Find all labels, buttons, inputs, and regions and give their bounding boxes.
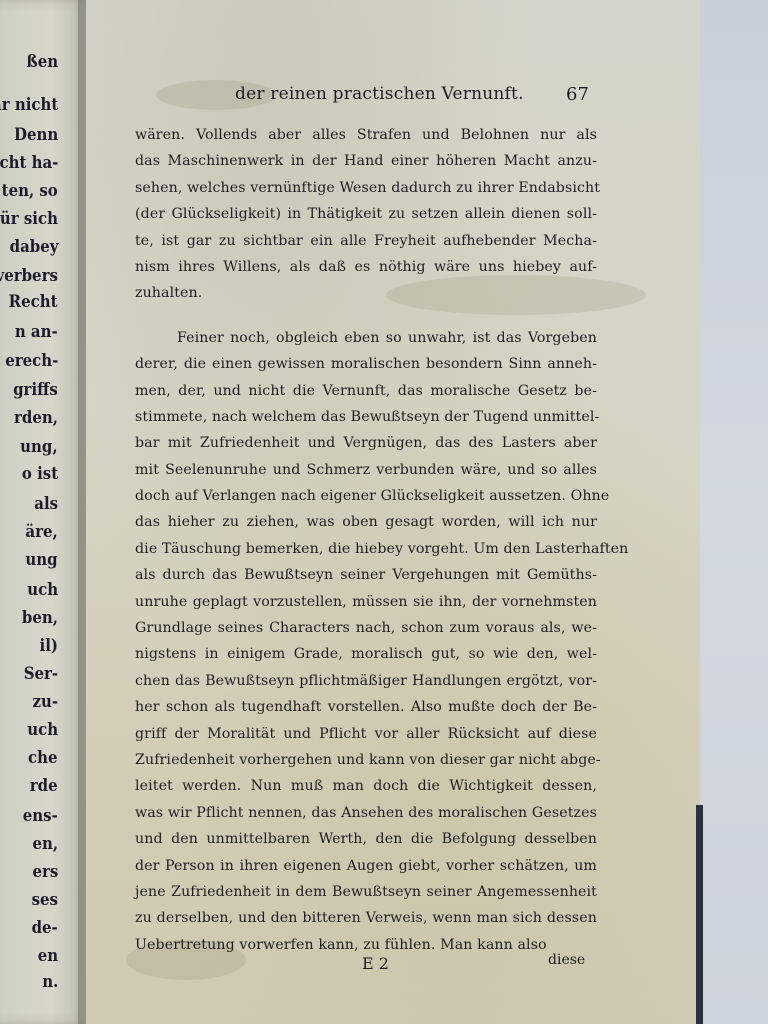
left-page-line-fragment: n. xyxy=(42,972,58,992)
left-page-line-fragment: griffs xyxy=(13,380,58,400)
text-line: unruhe geplagt vorzustellen, müssen sie … xyxy=(135,589,597,615)
catchword: diese xyxy=(548,952,585,968)
left-page-line-fragment: de- xyxy=(32,918,58,938)
text-line: jene Zufriedenheit in dem Bewußtseyn sei… xyxy=(135,879,597,905)
left-page-line-fragment: en, xyxy=(32,834,58,854)
text-line: Grundlage seines Characters nach, schon … xyxy=(135,615,597,641)
text-line: te, ist gar zu sichtbar ein alle Freyhei… xyxy=(135,228,597,254)
text-line: mit Seelenunruhe und Schmerz verbunden w… xyxy=(135,457,597,483)
left-page-line-fragment: uch xyxy=(27,580,58,600)
left-page-line-fragment: uch xyxy=(27,720,58,740)
text-line: derer, die einen gewissen moralischen be… xyxy=(135,351,597,377)
left-page-line-fragment: ten, so xyxy=(2,181,58,201)
left-page-line-fragment: o ist xyxy=(22,464,58,484)
page-body: wären. Vollends aber alles Strafen und B… xyxy=(135,122,597,958)
text-line: was wir Pflicht nennen, das Ansehen des … xyxy=(135,800,597,826)
text-line: das hieher zu ziehen, was oben gesagt wo… xyxy=(135,509,597,535)
text-line: doch auf Verlangen nach eigener Glücksel… xyxy=(135,483,597,509)
left-page-line-fragment: erech- xyxy=(5,351,58,371)
left-facing-page: ßenar nichtDennicht ha-ten, soür sichdab… xyxy=(0,0,86,1024)
paragraph-2: Feiner noch, obgleich eben so unwahr, is… xyxy=(135,325,597,958)
text-line: leitet werden. Nun muß man doch die Wich… xyxy=(135,773,597,799)
text-line: und den unmittelbaren Werth, den die Bef… xyxy=(135,826,597,852)
binding-edge xyxy=(696,805,703,1024)
text-line: griff der Moralität und Pflicht vor alle… xyxy=(135,721,597,747)
left-page-line-fragment: ses xyxy=(32,890,58,910)
left-page-line-fragment: äre, xyxy=(26,522,58,542)
text-line: zu derselben, und den bitteren Verweis, … xyxy=(135,905,597,931)
text-line: wären. Vollends aber alles Strafen und B… xyxy=(135,122,597,148)
text-line: nism ihres Willens, als daß es nöthig wä… xyxy=(135,254,597,280)
left-page-line-fragment: rde xyxy=(30,776,58,796)
left-page-line-fragment: ung, xyxy=(21,437,58,457)
left-page-line-fragment: ar nicht xyxy=(0,95,58,115)
text-line: bar mit Zufriedenheit und Vergnügen, das… xyxy=(135,430,597,456)
left-page-line-fragment: n an- xyxy=(15,322,58,342)
left-page-line-fragment: Ser- xyxy=(24,664,58,684)
left-page-line-fragment: ung xyxy=(26,550,58,570)
left-page-line-fragment: icht ha- xyxy=(0,153,58,173)
signature-mark: E 2 xyxy=(362,954,389,973)
left-page-line-fragment: il) xyxy=(40,636,58,656)
left-page-line-fragment: zu- xyxy=(32,692,58,712)
text-line: zuhalten. xyxy=(135,280,597,306)
left-page-line-fragment: ers xyxy=(32,862,58,882)
left-page-line-fragment: ßen xyxy=(26,52,58,72)
left-page-line-fragment: ben, xyxy=(22,608,58,628)
text-line: nigstens in einigem Grade, moralisch gut… xyxy=(135,641,597,667)
running-head: der reinen practischen Vernunft. xyxy=(235,84,524,104)
text-line: der Person in ihren eigenen Augen giebt,… xyxy=(135,853,597,879)
text-line: das Maschinenwerk in der Hand einer höhe… xyxy=(135,148,597,174)
text-line: als durch das Bewußtseyn seiner Vergehun… xyxy=(135,562,597,588)
text-line: Zufriedenheit vorhergehen und kann von d… xyxy=(135,747,597,773)
left-page-line-fragment: ür sich xyxy=(0,209,58,229)
text-line: chen das Bewußtseyn pflichtmäßiger Handl… xyxy=(135,668,597,694)
text-line: her schon als tugendhaft vorstellen. Als… xyxy=(135,694,597,720)
text-line: sehen, welches vernünftige Wesen dadurch… xyxy=(135,175,597,201)
left-page-line-fragment: Recht xyxy=(9,292,58,312)
text-line: (der Glückseligkeit) in Thätigkeit zu se… xyxy=(135,201,597,227)
left-page-line-fragment: che xyxy=(28,748,58,768)
left-page-line-fragment: ens- xyxy=(23,806,58,826)
page-number: 67 xyxy=(566,84,589,105)
left-page-line-fragment: rden, xyxy=(14,408,58,428)
text-line: men, der, und nicht die Vernunft, das mo… xyxy=(135,378,597,404)
paragraph-gap xyxy=(135,307,597,325)
text-line: Feiner noch, obgleich eben so unwahr, is… xyxy=(135,325,597,351)
left-page-line-fragment: Denn xyxy=(14,125,58,145)
left-page-line-fragment: dabey xyxy=(9,237,58,257)
left-page-line-fragment: en xyxy=(38,946,58,966)
left-page-line-fragment: als xyxy=(34,494,58,514)
left-page-line-fragment: verbers xyxy=(0,266,58,286)
text-line: die Täuschung bemerken, die hiebey vorge… xyxy=(135,536,597,562)
text-line: stimmete, nach welchem das Bewußtseyn de… xyxy=(135,404,597,430)
paragraph-1: wären. Vollends aber alles Strafen und B… xyxy=(135,122,597,307)
